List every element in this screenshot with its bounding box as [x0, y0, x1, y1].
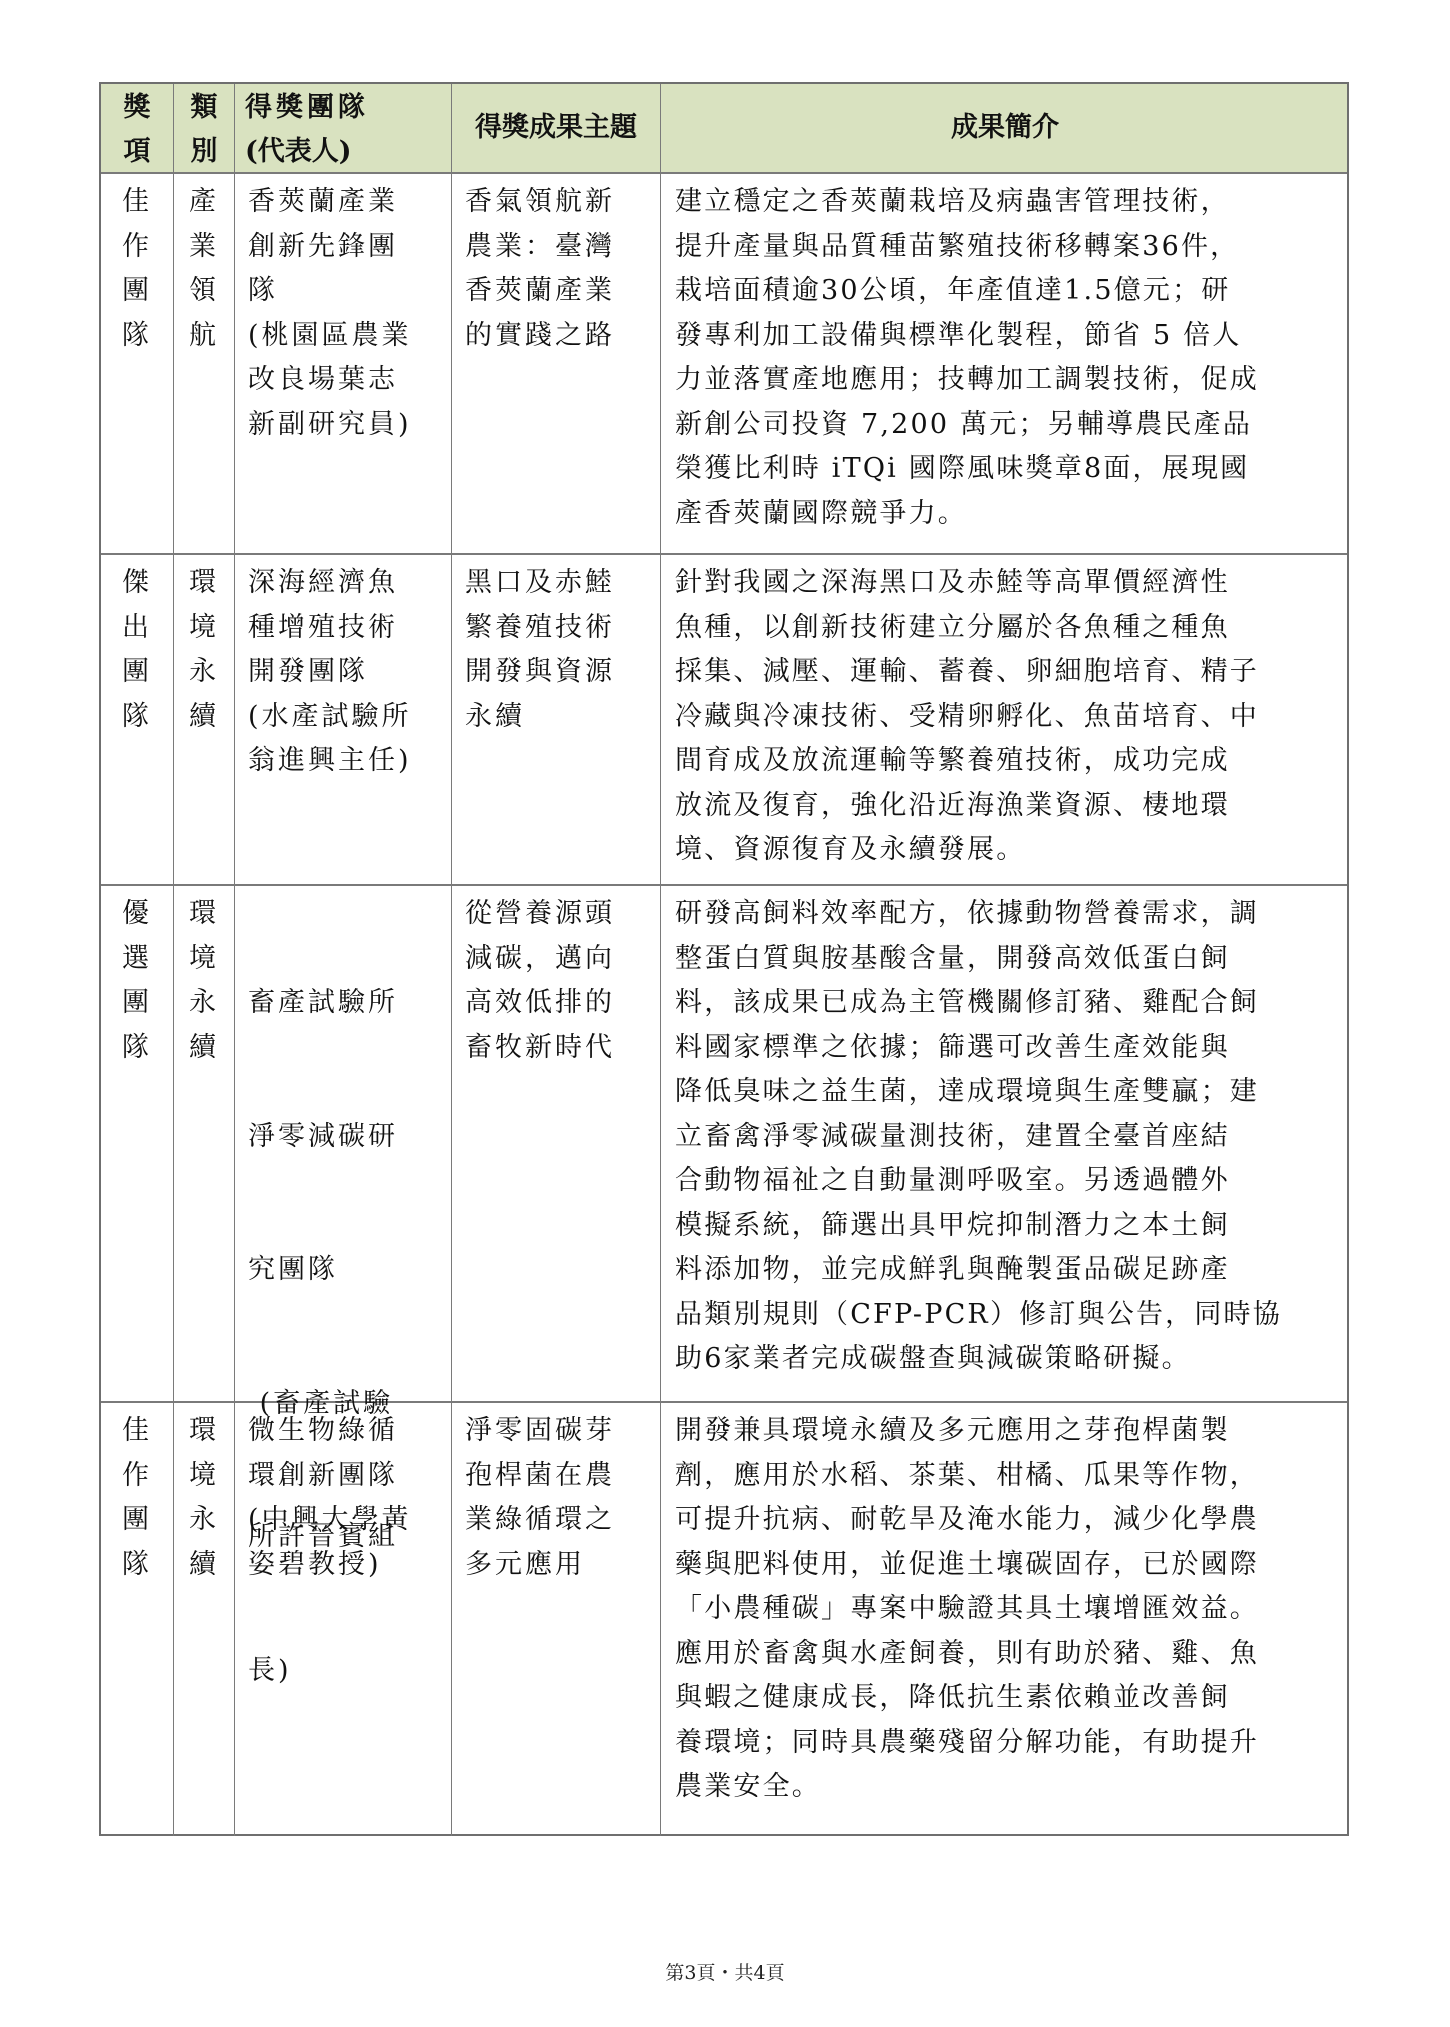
- theme-cell: 黑口及赤鯥 繁養殖技術 開發與資源 永續: [452, 555, 661, 884]
- category-cell: 產 業 領 航: [174, 174, 235, 553]
- theme-cell: 淨零固碳芽 孢桿菌在農 業綠循環之 多元應用: [452, 1403, 661, 1836]
- award-char: 優: [101, 892, 173, 937]
- team-line: 究團隊: [248, 1248, 398, 1293]
- summary-line: 料添加物，並完成鮮乳與醃製蛋品碳足跡產: [675, 1248, 1282, 1293]
- category-char: 續: [174, 695, 234, 740]
- team-line: 種增殖技術: [248, 606, 412, 651]
- theme-line: 開發與資源: [465, 650, 615, 695]
- category-char: 境: [174, 1454, 234, 1499]
- summary-line: 發專利加工設備與標準化製程，節省 5 倍人: [675, 314, 1259, 359]
- header-team: 得獎團隊 (代表人): [235, 84, 452, 172]
- team-line: 開發團隊: [248, 650, 412, 695]
- team-line: (桃園區農業: [248, 314, 412, 359]
- summary-line: 力並落實產地應用；技轉加工調製技術，促成: [675, 358, 1259, 403]
- theme-line: 永續: [465, 695, 615, 740]
- category-char: 環: [174, 1409, 234, 1454]
- summary-line: 立畜禽淨零減碳量測技術，建置全臺首座結: [675, 1115, 1282, 1160]
- awards-table: 獎 項 類 別 得獎團隊 (代表人) 得獎成果主題 成果簡介 佳: [99, 82, 1349, 1836]
- team-line: 創新先鋒團: [248, 225, 412, 270]
- award-char: 傑: [101, 561, 173, 606]
- header-theme: 得獎成果主題: [452, 84, 661, 172]
- team-cell: 深海經濟魚 種增殖技術 開發團隊 (水產試驗所 翁進興主任): [235, 555, 452, 884]
- theme-line: 的實踐之路: [465, 314, 615, 359]
- team-line: (中興大學黃: [248, 1498, 412, 1543]
- theme-line: 從營養源頭: [465, 892, 615, 937]
- award-char: 作: [101, 225, 173, 270]
- theme-line: 淨零固碳芽: [465, 1409, 615, 1454]
- award-cell: 傑 出 團 隊: [101, 555, 174, 884]
- summary-line: 產香莢蘭國際競爭力。: [675, 492, 1259, 537]
- summary-line: 品類別規則（CFP-PCR）修訂與公告，同時協: [675, 1293, 1282, 1338]
- summary-cell: 針對我國之深海黑口及赤鯥等高單價經濟性 魚種，以創新技術建立分屬於各魚種之種魚 …: [661, 555, 1349, 884]
- summary-line: 可提升抗病、耐乾旱及淹水能力，減少化學農: [675, 1498, 1259, 1543]
- header-team-line: 得獎團隊: [245, 86, 369, 130]
- summary-line: 合動物福祉之自動量測呼吸室。另透過體外: [675, 1159, 1282, 1204]
- category-char: 產: [174, 180, 234, 225]
- summary-cell: 開發兼具環境永續及多元應用之芽孢桿菌製 劑，應用於水稻、茶葉、柑橘、瓜果等作物，…: [661, 1403, 1349, 1836]
- category-char: 永: [174, 1498, 234, 1543]
- header-category-line: 別: [174, 130, 234, 174]
- header-summary: 成果簡介: [661, 84, 1349, 172]
- award-cell: 佳 作 團 隊: [101, 1403, 174, 1836]
- category-char: 領: [174, 269, 234, 314]
- category-char: 境: [174, 606, 234, 651]
- header-award: 獎 項: [101, 84, 174, 172]
- theme-line: 畜牧新時代: [465, 1026, 615, 1071]
- award-char: 團: [101, 981, 173, 1026]
- category-char: 永: [174, 981, 234, 1026]
- award-char: 出: [101, 606, 173, 651]
- theme-line: 繁養殖技術: [465, 606, 615, 651]
- summary-line: 「小農種碳」專案中驗證其具土壤增匯效益。: [675, 1587, 1259, 1632]
- table-header-row: 獎 項 類 別 得獎團隊 (代表人) 得獎成果主題 成果簡介: [101, 84, 1347, 174]
- team-line: (水產試驗所: [248, 695, 412, 740]
- category-char: 環: [174, 561, 234, 606]
- summary-line: 與蝦之健康成長，降低抗生素依賴並改善飼: [675, 1676, 1259, 1721]
- award-char: 隊: [101, 1543, 173, 1588]
- header-summary-label: 成果簡介: [951, 106, 1059, 150]
- category-char: 環: [174, 892, 234, 937]
- summary-line: 新創公司投資 7,200 萬元；另輔導農民產品: [675, 403, 1259, 448]
- table-row: 佳 作 團 隊 產 業 領 航 香莢蘭產業 創新先鋒團 隊 (桃園區農業 改良場…: [101, 174, 1347, 555]
- header-theme-label: 得獎成果主題: [475, 106, 637, 150]
- team-line: 改良場葉志: [248, 358, 412, 403]
- summary-line: 提升產量與品質種苗繁殖技術移轉案36件，: [675, 225, 1259, 270]
- theme-line: 黑口及赤鯥: [465, 561, 615, 606]
- summary-line: 助6家業者完成碳盤查與減碳策略研擬。: [675, 1337, 1282, 1382]
- summary-line: 養環境；同時具農藥殘留分解功能，有助提升: [675, 1721, 1259, 1766]
- award-char: 團: [101, 269, 173, 314]
- theme-cell: 香氣領航新 農業：臺灣 香莢蘭產業 的實踐之路: [452, 174, 661, 553]
- theme-line: 多元應用: [465, 1543, 615, 1588]
- category-char: 業: [174, 225, 234, 270]
- category-char: 續: [174, 1543, 234, 1588]
- table-row: 佳 作 團 隊 環 境 永 續 微生物綠循 環創新團隊 (中興大學黃 姿碧教授): [101, 1403, 1347, 1836]
- theme-line: 業綠循環之: [465, 1498, 615, 1543]
- table-row: 傑 出 團 隊 環 境 永 續 深海經濟魚 種增殖技術 開發團隊 (水產試驗所 …: [101, 555, 1347, 886]
- award-char: 作: [101, 1454, 173, 1499]
- category-cell: 環 境 永 續: [174, 555, 235, 884]
- category-char: 境: [174, 937, 234, 982]
- category-cell: 環 境 永 續: [174, 1403, 235, 1836]
- summary-line: 間育成及放流運輸等繁養殖技術，成功完成: [675, 739, 1259, 784]
- table-row: 優 選 團 隊 環 境 永 續 畜產試驗所 淨零減碳研 究團隊 (畜產試驗 所許…: [101, 886, 1347, 1403]
- team-line: 畜產試驗所: [248, 981, 398, 1026]
- team-line: 環創新團隊: [248, 1454, 412, 1499]
- team-line: 深海經濟魚: [248, 561, 412, 606]
- summary-line: 開發兼具環境永續及多元應用之芽孢桿菌製: [675, 1409, 1259, 1454]
- summary-line: 針對我國之深海黑口及赤鯥等高單價經濟性: [675, 561, 1259, 606]
- summary-line: 採集、減壓、運輸、蓄養、卵細胞培育、精子: [675, 650, 1259, 695]
- category-cell: 環 境 永 續: [174, 886, 235, 1401]
- category-char: 航: [174, 314, 234, 359]
- team-line: 新副研究員): [248, 403, 412, 448]
- summary-line: 榮獲比利時 iTQi 國際風味獎章8面，展現國: [675, 447, 1259, 492]
- theme-line: 農業：臺灣: [465, 225, 615, 270]
- theme-line: 高效低排的: [465, 981, 615, 1026]
- summary-line: 藥與肥料使用，並促進土壤碳固存，已於國際: [675, 1543, 1259, 1588]
- summary-line: 應用於畜禽與水產飼養，則有助於豬、雞、魚: [675, 1632, 1259, 1677]
- header-award-line: 獎: [101, 86, 173, 130]
- summary-line: 劑，應用於水稻、茶葉、柑橘、瓜果等作物，: [675, 1454, 1259, 1499]
- summary-line: 建立穩定之香莢蘭栽培及病蟲害管理技術，: [675, 180, 1259, 225]
- summary-line: 栽培面積逾30公頃，年產值達1.5億元；研: [675, 269, 1259, 314]
- award-char: 佳: [101, 1409, 173, 1454]
- summary-line: 料，該成果已成為主管機關修訂豬、雞配合飼: [675, 981, 1282, 1026]
- summary-line: 料國家標準之依據；篩選可改善生產效能與: [675, 1026, 1282, 1071]
- theme-line: 香氣領航新: [465, 180, 615, 225]
- theme-line: 孢桿菌在農: [465, 1454, 615, 1499]
- summary-line: 放流及復育，強化沿近海漁業資源、棲地環: [675, 784, 1259, 829]
- team-line: 隊: [248, 269, 412, 314]
- award-cell: 優 選 團 隊: [101, 886, 174, 1401]
- award-char: 隊: [101, 314, 173, 359]
- summary-line: 農業安全。: [675, 1765, 1259, 1810]
- award-char: 佳: [101, 180, 173, 225]
- award-char: 隊: [101, 695, 173, 740]
- team-line: 翁進興主任): [248, 739, 412, 784]
- header-award-line: 項: [101, 130, 173, 174]
- team-cell: 香莢蘭產業 創新先鋒團 隊 (桃園區農業 改良場葉志 新副研究員): [235, 174, 452, 553]
- theme-line: 減碳，邁向: [465, 937, 615, 982]
- header-category-line: 類: [174, 86, 234, 130]
- theme-line: 香莢蘭產業: [465, 269, 615, 314]
- team-line: 香莢蘭產業: [248, 180, 412, 225]
- award-char: 選: [101, 937, 173, 982]
- summary-cell: 研發高飼料效率配方，依據動物營養需求，調 整蛋白質與胺基酸含量，開發高效低蛋白飼…: [661, 886, 1349, 1401]
- award-char: 團: [101, 1498, 173, 1543]
- award-char: 團: [101, 650, 173, 695]
- category-char: 永: [174, 650, 234, 695]
- team-cell: 畜產試驗所 淨零減碳研 究團隊 (畜產試驗 所許晉賓組 長): [235, 886, 452, 1401]
- team-line: 微生物綠循: [248, 1409, 412, 1454]
- award-char: 隊: [101, 1026, 173, 1071]
- team-line: 淨零減碳研: [248, 1115, 398, 1160]
- summary-line: 整蛋白質與胺基酸含量，開發高效低蛋白飼: [675, 937, 1282, 982]
- summary-line: 降低臭味之益生菌，達成環境與生產雙贏；建: [675, 1070, 1282, 1115]
- summary-line: 冷藏與冷凍技術、受精卵孵化、魚苗培育、中: [675, 695, 1259, 740]
- award-cell: 佳 作 團 隊: [101, 174, 174, 553]
- summary-cell: 建立穩定之香莢蘭栽培及病蟲害管理技術， 提升產量與品質種苗繁殖技術移轉案36件，…: [661, 174, 1349, 553]
- team-line: 姿碧教授): [248, 1543, 412, 1588]
- summary-line: 境、資源復育及永續發展。: [675, 828, 1259, 873]
- team-cell: 微生物綠循 環創新團隊 (中興大學黃 姿碧教授): [235, 1403, 452, 1836]
- summary-line: 研發高飼料效率配方，依據動物營養需求，調: [675, 892, 1282, 937]
- summary-line: 魚種，以創新技術建立分屬於各魚種之種魚: [675, 606, 1259, 651]
- page-number: 第3頁・共4頁: [0, 1958, 1450, 1985]
- theme-cell: 從營養源頭 減碳，邁向 高效低排的 畜牧新時代: [452, 886, 661, 1401]
- header-category: 類 別: [174, 84, 235, 172]
- summary-line: 模擬系統，篩選出具甲烷抑制潛力之本土飼: [675, 1204, 1282, 1249]
- header-team-line: (代表人): [245, 130, 369, 174]
- category-char: 續: [174, 1026, 234, 1071]
